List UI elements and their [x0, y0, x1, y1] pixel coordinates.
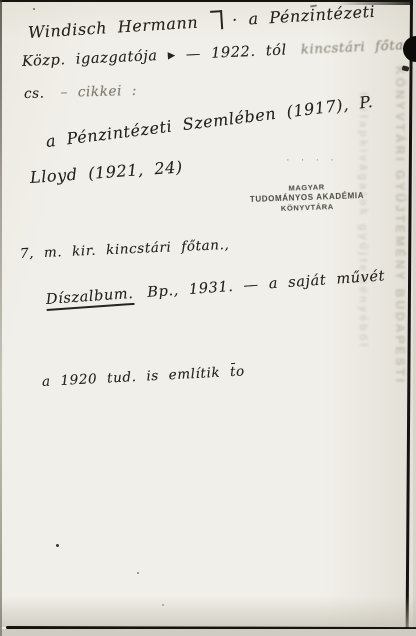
handwriting-line-album: Díszalbum.Bp., 1931. — a saját művét	[45, 268, 385, 308]
title-fragment: · a Pénzintézeti	[232, 2, 376, 30]
ink-blob-mark	[403, 36, 416, 62]
articles-pencil-note: – cikkei :	[60, 83, 137, 101]
handwriting-line-rank: 7, m. kir. kincstári főtan.,	[20, 237, 230, 262]
articles-ink-text: cs.	[24, 85, 45, 102]
handwriting-line-articles: cs.– cikkei :	[24, 83, 137, 102]
position-ink-text: Közp. igazgatója ▸ — 1922. tól	[22, 42, 288, 70]
handwriting-line-mention: a 1920 tud. is említik t̄o	[42, 363, 246, 390]
scan-edge-left	[0, 0, 2, 636]
handwriting-line-position: Közp. igazgatója ▸ — 1922. tólkincstári …	[22, 37, 416, 70]
author-name: Windisch Hermann	[27, 13, 198, 42]
handwriting-line-name: Windisch Hermann· a Pénzintézeti	[27, 1, 375, 42]
scan-bottom-shadow	[0, 596, 416, 627]
paper-speck	[56, 544, 59, 547]
library-stamp: MAGYAR TUDOMÁNYOS AKADÉMIA KÖNYVTÁRA	[242, 181, 373, 216]
scanned-catalog-card: KÖNYVTÁRI GYŰJTEMÉNY BUDAPESTI hírlapkiv…	[0, 0, 416, 636]
scan-below-card	[0, 629, 416, 636]
position-pencil-note: kincstári főtan.	[300, 38, 416, 58]
bracket-mark	[210, 10, 223, 30]
showthrough-ghost-text-inner: hírlapkivágatok gyűjteményéből	[357, 92, 369, 502]
album-rest-text: Bp., 1931. — a saját művét	[147, 268, 386, 301]
scan-edge-top-right	[336, 0, 416, 5]
pencil-dots: · · · ·	[286, 154, 338, 166]
paper-speck	[33, 8, 35, 10]
underlined-word: Díszalbum.	[45, 286, 134, 311]
paper-speck	[162, 604, 164, 606]
handwriting-line-journal: a Pénzintézeti Szemlében (1917), P.	[45, 92, 374, 151]
handwriting-line-lloyd: Lloyd (1921, 24)	[29, 157, 183, 187]
paper-speck	[137, 572, 139, 574]
showthrough-ghost-text-outer: KÖNYVTÁRI GYŰJTEMÉNY BUDAPESTI	[393, 66, 407, 571]
